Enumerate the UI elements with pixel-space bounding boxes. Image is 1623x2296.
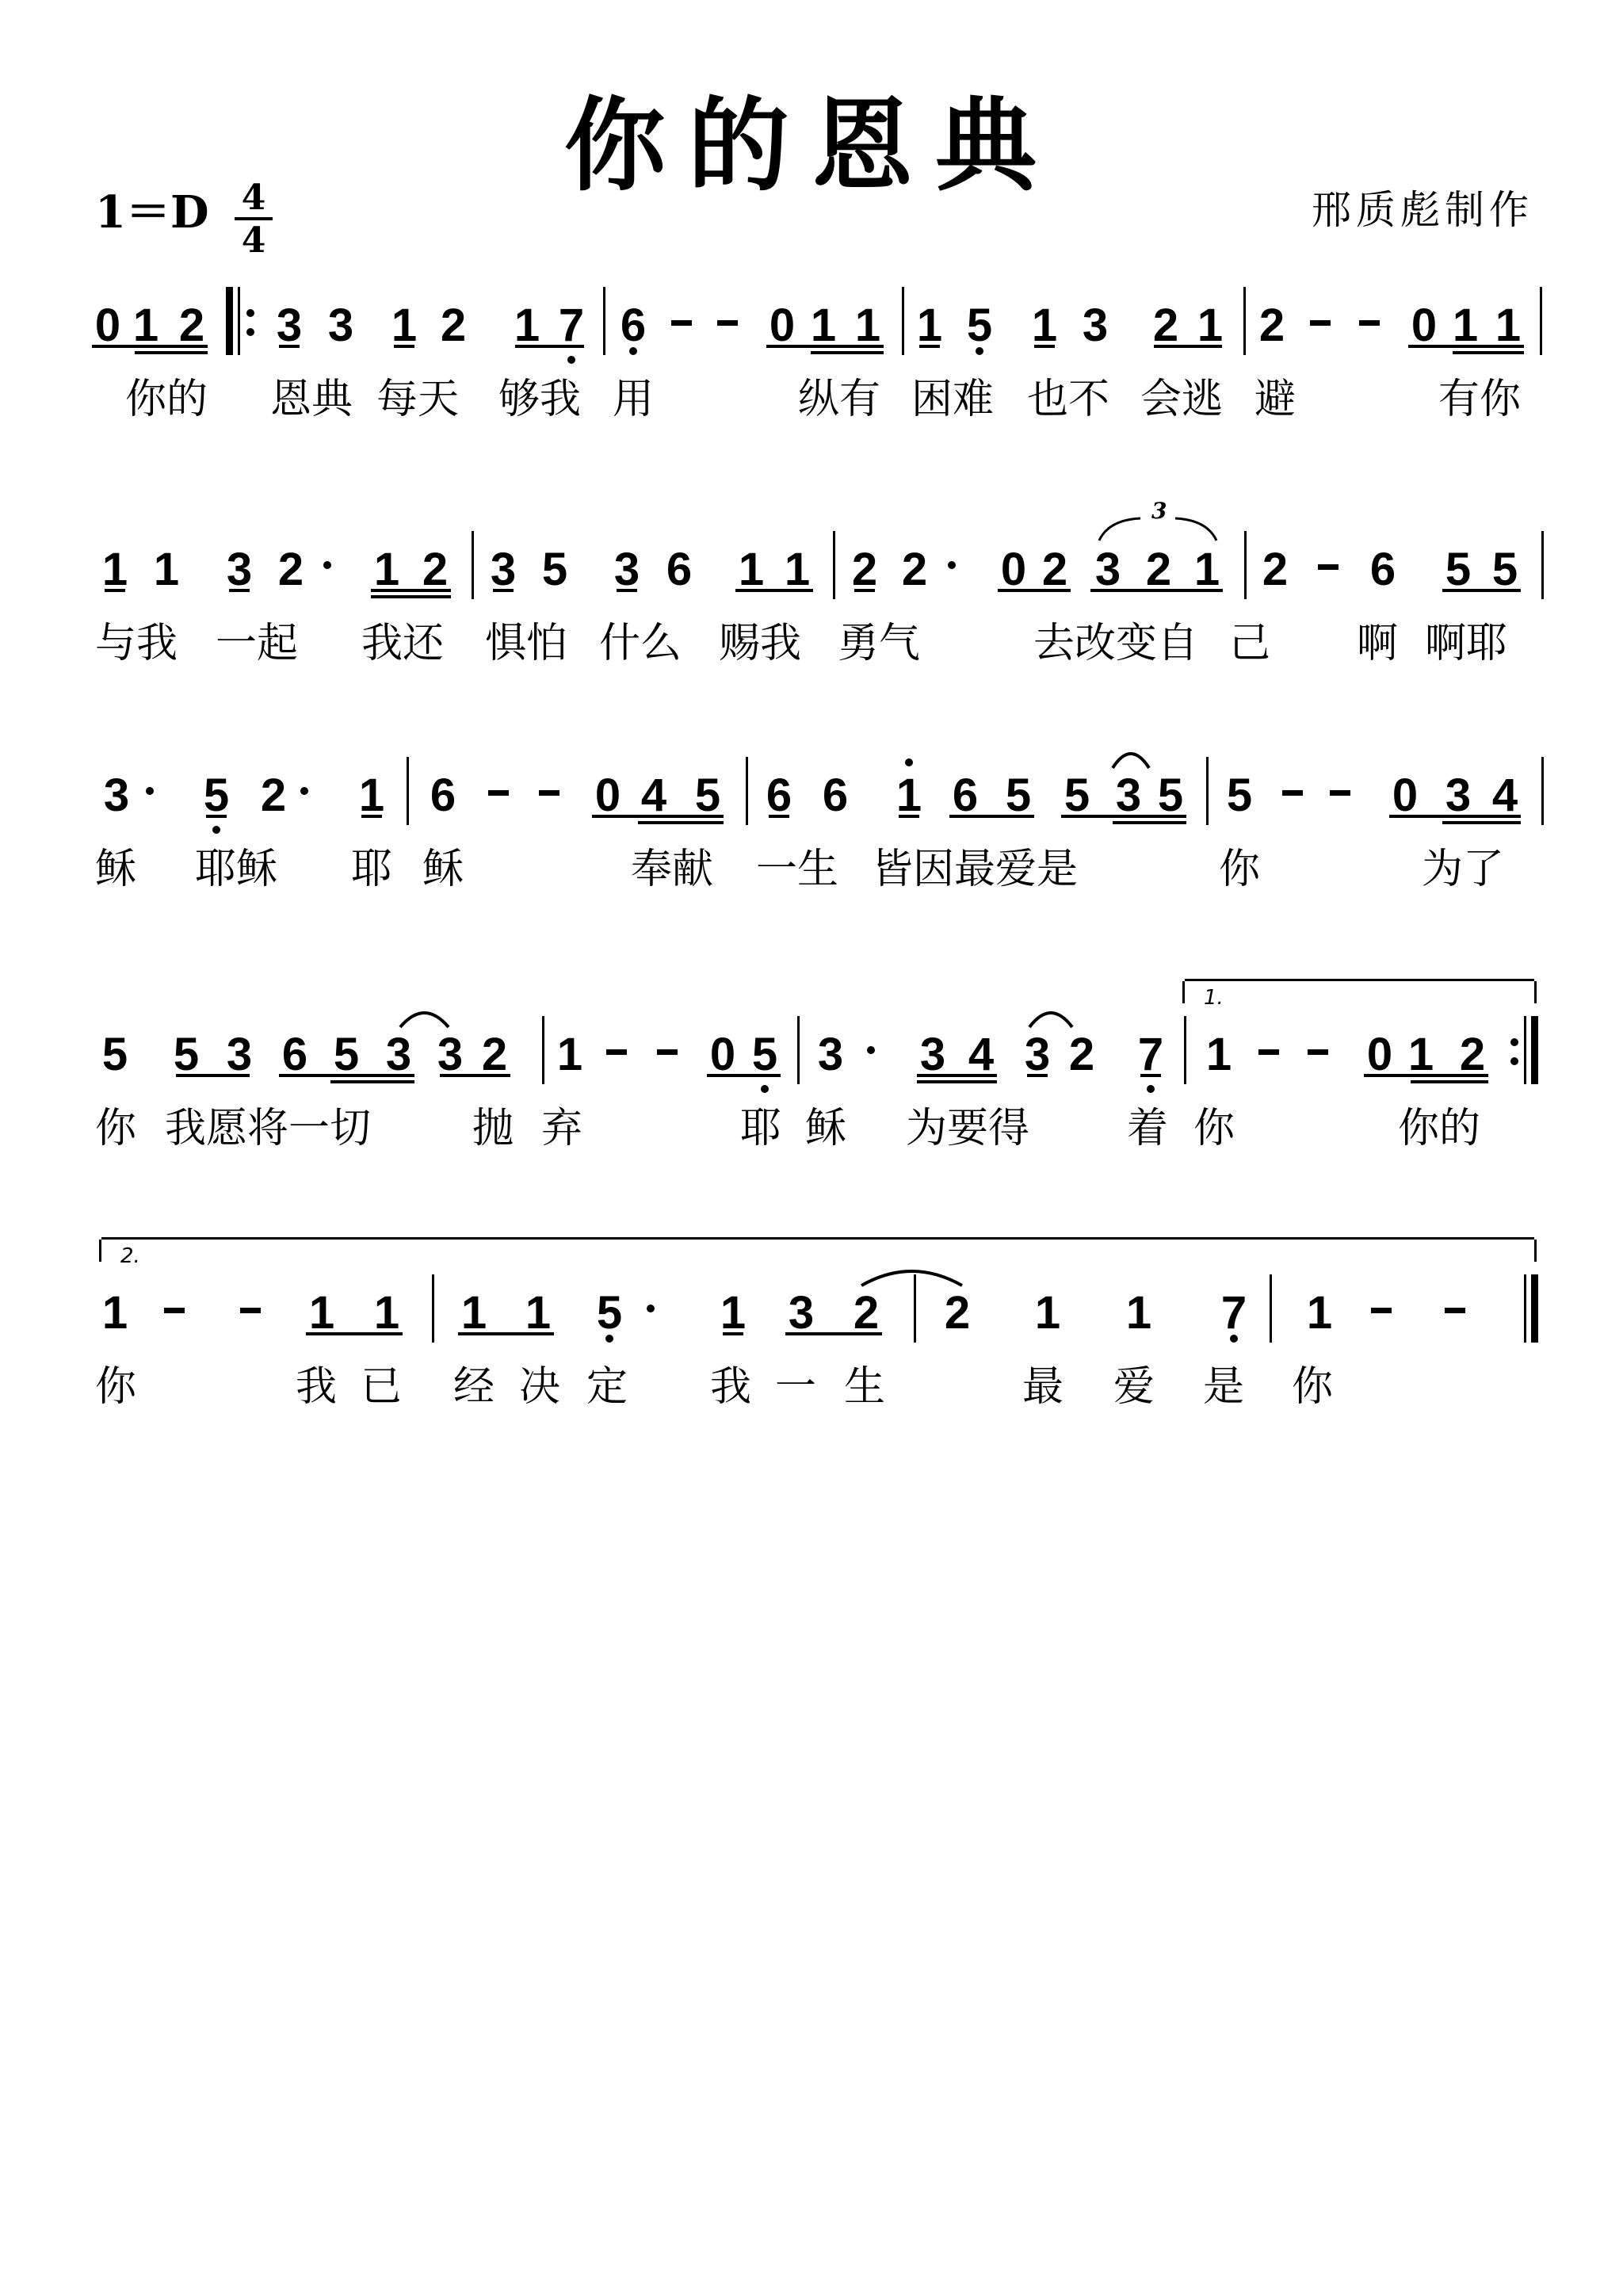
repeat-dots	[1510, 1038, 1518, 1076]
note: 0	[766, 303, 798, 349]
beam-underline	[361, 815, 382, 818]
volta-left-hook	[1182, 981, 1185, 1003]
note: 3	[273, 303, 305, 349]
barline	[1541, 531, 1544, 599]
lyric-text: 困难	[911, 379, 994, 420]
sustain-dash	[539, 790, 559, 796]
note: 2	[1457, 1032, 1488, 1078]
score-row: 5536533210533432710121.你我愿将一切抛弃耶稣为要得着你你的	[0, 1032, 1623, 1270]
note: 5	[330, 1032, 362, 1078]
note: 1	[1194, 303, 1226, 349]
note: 1	[522, 1290, 554, 1336]
beam-underline	[1154, 345, 1222, 348]
barline	[432, 1274, 434, 1343]
note: 0	[707, 1032, 739, 1078]
beam-underline	[515, 345, 584, 348]
note: 2	[899, 547, 930, 593]
note: 1	[554, 1032, 586, 1078]
note: 2	[849, 547, 880, 593]
beam-underline	[1389, 815, 1521, 818]
beam-underline	[1408, 345, 1524, 348]
note: 6	[663, 547, 695, 593]
note: 1	[388, 303, 420, 349]
lyric-text: 稣	[805, 1108, 846, 1149]
note: 1	[1492, 303, 1524, 349]
repeat-end-thick-bar	[1531, 1016, 1538, 1084]
lyric-text: 与我	[95, 623, 178, 664]
note: 2	[419, 547, 451, 593]
sustain-dash	[1318, 564, 1338, 570]
note: 2	[437, 303, 469, 349]
note: 0	[1364, 1032, 1396, 1078]
beam-underline	[707, 1074, 781, 1077]
barline	[542, 1016, 544, 1084]
note: 7	[1135, 1032, 1167, 1078]
volta-ending-number: 2.	[120, 1244, 140, 1268]
barline	[797, 1016, 800, 1084]
lyric-text: 恩典	[270, 379, 353, 420]
lyric-text: 惧怕	[485, 623, 567, 664]
beam-underline	[206, 815, 227, 818]
note: 5	[1442, 547, 1474, 593]
note: 3	[1079, 303, 1111, 349]
lyric-text: 决	[519, 1366, 560, 1408]
lyric-text: 己	[1229, 623, 1270, 664]
lyric-text: 会逃	[1140, 379, 1223, 420]
sustain-dash	[1359, 320, 1380, 326]
barline	[1244, 531, 1247, 599]
beam-underline	[766, 345, 884, 348]
lyric-text: 勇气	[838, 623, 920, 664]
lyric-text: 耶稣	[195, 849, 277, 890]
lyric-text: 纵有	[798, 379, 880, 420]
note: 1	[306, 1290, 338, 1336]
barline	[1541, 757, 1544, 825]
lyric-text: 一起	[216, 623, 298, 664]
sheet-music-page: 你的恩典 1＝D 4 4 邢质彪制作 012331217601115132120…	[0, 0, 1623, 2296]
note: 7	[556, 303, 587, 349]
note: 1	[1123, 1290, 1155, 1336]
lyric-text: 为要得	[906, 1108, 1029, 1149]
note: 2	[1039, 547, 1071, 593]
augmentation-dot	[948, 561, 956, 569]
lyric-text: 你的	[1398, 1108, 1480, 1149]
beam-underline	[1442, 821, 1521, 824]
beam-underline	[330, 1080, 414, 1083]
sustain-dash	[488, 790, 509, 796]
lyric-text: 你	[95, 1108, 136, 1149]
octave-dot-below	[605, 1335, 613, 1343]
final-thick-bar	[1531, 1274, 1538, 1343]
note: 0	[92, 303, 124, 349]
lyric-text: 稣	[95, 849, 136, 890]
note: 6	[763, 773, 795, 819]
barline	[746, 757, 748, 825]
beam-underline	[229, 589, 250, 592]
lyric-text: 经	[453, 1366, 495, 1408]
note: 3	[1113, 773, 1144, 819]
augmentation-dot	[647, 1305, 655, 1312]
note: 3	[223, 1032, 255, 1078]
volta-ending-number: 1.	[1204, 986, 1224, 1010]
key-signature: 1＝D	[95, 190, 209, 235]
barline	[1243, 287, 1246, 355]
beam-underline	[1442, 589, 1521, 592]
beam-underline	[769, 815, 789, 818]
note: 3	[1442, 773, 1474, 819]
note: 2	[1066, 1032, 1098, 1078]
lyric-text: 避	[1254, 379, 1296, 420]
time-signature-numerator: 4	[235, 181, 273, 216]
lyric-text: 赐我	[719, 623, 801, 664]
beam-underline	[785, 1332, 882, 1335]
volta-right-hook	[1534, 1240, 1537, 1262]
triplet-number: 3	[1151, 498, 1167, 524]
note: 1	[511, 303, 543, 349]
note: 5	[1155, 773, 1186, 819]
note: 3	[434, 1032, 466, 1078]
note: 1	[99, 547, 131, 593]
sustain-dash	[164, 1308, 185, 1313]
beam-underline	[811, 351, 884, 354]
beam-underline	[1113, 821, 1186, 824]
beam-underline	[998, 589, 1071, 592]
beam-underline	[638, 821, 724, 824]
note: 1	[808, 303, 839, 349]
barline	[1184, 1016, 1186, 1084]
beam-underline	[949, 815, 1034, 818]
octave-dot-below	[1230, 1335, 1238, 1343]
note: 5	[749, 1032, 781, 1078]
sustain-dash	[717, 320, 738, 326]
note: 6	[949, 773, 981, 819]
note: 5	[170, 1032, 202, 1078]
note: 0	[1389, 773, 1421, 819]
lyric-text: 耶	[351, 849, 392, 890]
lyric-text: 你的	[125, 379, 208, 420]
final-thin-bar	[1524, 1274, 1526, 1343]
beam-underline	[1411, 1080, 1488, 1083]
octave-dot-below	[976, 347, 983, 355]
lyric-text: 稣	[422, 849, 464, 890]
barline	[1206, 757, 1209, 825]
lyric-text: 一生	[756, 849, 838, 890]
sustain-dash	[671, 320, 692, 326]
note: 3	[917, 1032, 949, 1078]
note: 3	[815, 1032, 846, 1078]
lyric-text: 抛	[472, 1108, 514, 1149]
beam-underline	[394, 345, 414, 348]
repeat-dot	[246, 328, 254, 336]
lyric-text: 着	[1127, 1108, 1168, 1149]
score-row: 35216045661655355034稣耶稣耶稣奉献一生皆因最爱是你为了	[0, 773, 1623, 1010]
octave-dot-below	[567, 356, 575, 364]
beam-underline	[854, 589, 875, 592]
note: 5	[1061, 773, 1093, 819]
note: 3	[383, 1032, 414, 1078]
note: 2	[176, 303, 208, 349]
lyric-text: 你	[1219, 849, 1260, 890]
lyric-text: 奉献	[631, 849, 713, 890]
note: 6	[279, 1032, 311, 1078]
sustain-dash	[657, 1049, 678, 1055]
beam-underline	[917, 1080, 997, 1083]
note: 6	[617, 303, 649, 349]
lyric-text: 你	[95, 1366, 136, 1408]
beam-underline	[279, 1074, 414, 1077]
note: 4	[1489, 773, 1521, 819]
beam-underline	[176, 1074, 250, 1077]
note: 1	[371, 1290, 403, 1336]
note: 5	[1489, 547, 1521, 593]
beam-underline	[1140, 1074, 1161, 1077]
augmentation-dot	[323, 561, 331, 569]
note: 5	[99, 1032, 131, 1078]
sustain-dash	[606, 1049, 627, 1055]
augmentation-dot	[146, 787, 154, 795]
beam-underline	[493, 589, 514, 592]
lyric-text: 够我	[498, 379, 581, 420]
octave-dot-below	[1147, 1085, 1155, 1093]
sustain-dash	[1371, 1308, 1392, 1313]
volta-right-hook	[1534, 981, 1537, 1003]
beam-underline	[899, 815, 919, 818]
repeat-end-thin-bar	[1524, 1016, 1526, 1084]
note: 1	[1405, 1032, 1437, 1078]
slur-tie-arc	[860, 1263, 964, 1287]
time-signature: 4 4	[235, 181, 273, 258]
note: 3	[325, 303, 357, 349]
lyric-text: 皆因最爱是	[872, 849, 1078, 890]
beam-underline	[1061, 815, 1186, 818]
repeat-start-thin-bar	[238, 287, 240, 355]
beam-underline	[371, 595, 451, 598]
note: 1	[735, 547, 767, 593]
sustain-dash	[1445, 1308, 1465, 1313]
note: 1	[371, 547, 403, 593]
volta-bracket: 1.	[1185, 979, 1534, 1005]
slur-tie-arc	[1028, 1005, 1074, 1029]
beam-underline	[135, 351, 208, 354]
note: 5	[539, 547, 571, 593]
augmentation-dot	[867, 1046, 875, 1054]
beam-underline	[723, 1332, 743, 1335]
barline	[407, 757, 409, 825]
beam-underline	[440, 1074, 510, 1077]
lyric-text: 是	[1203, 1366, 1244, 1408]
note: 4	[638, 773, 670, 819]
beam-underline	[279, 345, 300, 348]
note: 1	[914, 303, 945, 349]
sustain-dash	[1282, 790, 1303, 796]
repeat-dots	[246, 309, 254, 347]
beam-underline	[735, 589, 813, 592]
note: 2	[275, 547, 307, 593]
lyric-text: 每天	[376, 379, 459, 420]
repeat-start-thick-bar	[226, 287, 233, 355]
barline	[833, 531, 835, 599]
octave-dot-below	[629, 347, 637, 355]
score-row: 111115132211712.你我已经决定我一生最爱是你	[0, 1290, 1623, 1528]
beam-underline	[617, 589, 637, 592]
note: 1	[458, 1290, 490, 1336]
note: 1	[1203, 1032, 1235, 1078]
note: 1	[1304, 1290, 1335, 1336]
repeat-dot	[1510, 1057, 1518, 1065]
lyric-text: 耶	[740, 1108, 781, 1149]
barline	[603, 287, 605, 355]
slur-tie-arc	[1111, 746, 1151, 770]
lyric-text: 去改变自	[1033, 623, 1198, 664]
note: 2	[850, 1290, 882, 1336]
note: 5	[200, 773, 232, 819]
note: 3	[1092, 547, 1124, 593]
augmentation-dot	[300, 787, 308, 795]
note: 1	[1191, 547, 1223, 593]
note: 2	[258, 773, 289, 819]
note: 2	[1150, 303, 1182, 349]
lyric-text: 我	[710, 1366, 751, 1408]
beam-underline	[92, 345, 208, 348]
note: 6	[819, 773, 851, 819]
note: 2	[1143, 547, 1174, 593]
note: 1	[1449, 303, 1481, 349]
beam-underline	[592, 815, 724, 818]
lyric-text: 我	[296, 1366, 337, 1408]
lyric-text: 一	[775, 1366, 816, 1408]
author-credit: 邢质彪制作	[1312, 190, 1533, 230]
time-signature-denominator: 4	[235, 223, 273, 258]
barline	[472, 531, 474, 599]
score-row: 01233121760111513212011你的恩典每天够我用纵有困难也不会逃…	[0, 303, 1623, 541]
note: 2	[479, 1032, 510, 1078]
lyric-text: 你	[1193, 1108, 1235, 1149]
note: 0	[1408, 303, 1440, 349]
beam-underline	[105, 589, 125, 592]
octave-dot-below	[761, 1085, 769, 1093]
lyric-text: 爱	[1113, 1366, 1155, 1408]
volta-bracket: 2.	[101, 1237, 1534, 1263]
octave-dot-below	[212, 826, 220, 834]
note: 6	[1367, 547, 1399, 593]
note: 3	[223, 547, 255, 593]
lyric-text: 也不	[1027, 379, 1109, 420]
beam-underline	[1034, 345, 1055, 348]
note: 4	[965, 1032, 997, 1078]
note: 0	[998, 547, 1029, 593]
score-row: 113212353611220232126553与我一起我还惧怕什么赐我勇气去改…	[0, 547, 1623, 785]
note: 3	[1022, 1032, 1053, 1078]
note: 1	[356, 773, 388, 819]
repeat-dot	[1510, 1038, 1518, 1046]
note: 6	[427, 773, 459, 819]
lyric-text: 你	[1292, 1366, 1333, 1408]
note: 3	[785, 1290, 817, 1336]
note: 1	[893, 773, 925, 819]
lyric-text: 我愿将一切	[165, 1108, 371, 1149]
beam-underline	[1027, 1074, 1048, 1077]
lyric-text: 最	[1022, 1366, 1064, 1408]
lyric-text: 已	[361, 1366, 402, 1408]
note: 0	[592, 773, 624, 819]
lyric-text: 用	[613, 379, 654, 420]
beam-underline	[919, 345, 940, 348]
note: 5	[1224, 773, 1255, 819]
sustain-dash	[1310, 320, 1331, 326]
barline	[1540, 287, 1542, 355]
note: 2	[941, 1290, 973, 1336]
barline	[902, 287, 904, 355]
note: 1	[99, 1290, 131, 1336]
beam-underline	[1364, 1074, 1488, 1077]
lyric-text: 有你	[1438, 379, 1521, 420]
octave-dot-above	[905, 758, 913, 766]
note: 1	[130, 303, 162, 349]
barline	[1270, 1274, 1272, 1343]
sustain-dash	[1330, 790, 1350, 796]
note: 5	[692, 773, 724, 819]
beam-underline	[1453, 351, 1524, 354]
sustain-dash	[240, 1308, 261, 1313]
beam-underline	[917, 1074, 997, 1077]
note: 5	[1002, 773, 1034, 819]
note: 7	[1218, 1290, 1250, 1336]
repeat-dot	[246, 309, 254, 317]
lyric-text: 生	[844, 1366, 885, 1408]
note: 3	[487, 547, 519, 593]
beam-underline	[306, 1332, 403, 1335]
sustain-dash	[1308, 1049, 1328, 1055]
lyric-text: 定	[586, 1366, 628, 1408]
beam-underline	[1090, 589, 1223, 592]
lyric-text: 弃	[541, 1108, 582, 1149]
volta-left-hook	[99, 1240, 101, 1262]
note: 1	[1032, 1290, 1064, 1336]
note: 5	[964, 303, 995, 349]
note: 1	[1029, 303, 1060, 349]
note: 1	[852, 303, 884, 349]
note: 1	[717, 1290, 749, 1336]
note: 3	[611, 547, 643, 593]
slur-tie-arc	[399, 1005, 450, 1029]
note: 1	[781, 547, 813, 593]
note: 3	[101, 773, 132, 819]
note: 5	[594, 1290, 625, 1336]
note: 1	[151, 547, 182, 593]
lyric-text: 我还	[361, 623, 444, 664]
note: 2	[1256, 303, 1288, 349]
beam-underline	[371, 589, 451, 592]
note: 2	[1259, 547, 1291, 593]
lyric-text: 什么	[599, 623, 682, 664]
sustain-dash	[1258, 1049, 1279, 1055]
lyric-text: 啊耶	[1425, 623, 1507, 664]
beam-underline	[458, 1332, 554, 1335]
lyric-text: 啊	[1357, 623, 1398, 664]
lyric-text: 为了	[1422, 849, 1504, 890]
